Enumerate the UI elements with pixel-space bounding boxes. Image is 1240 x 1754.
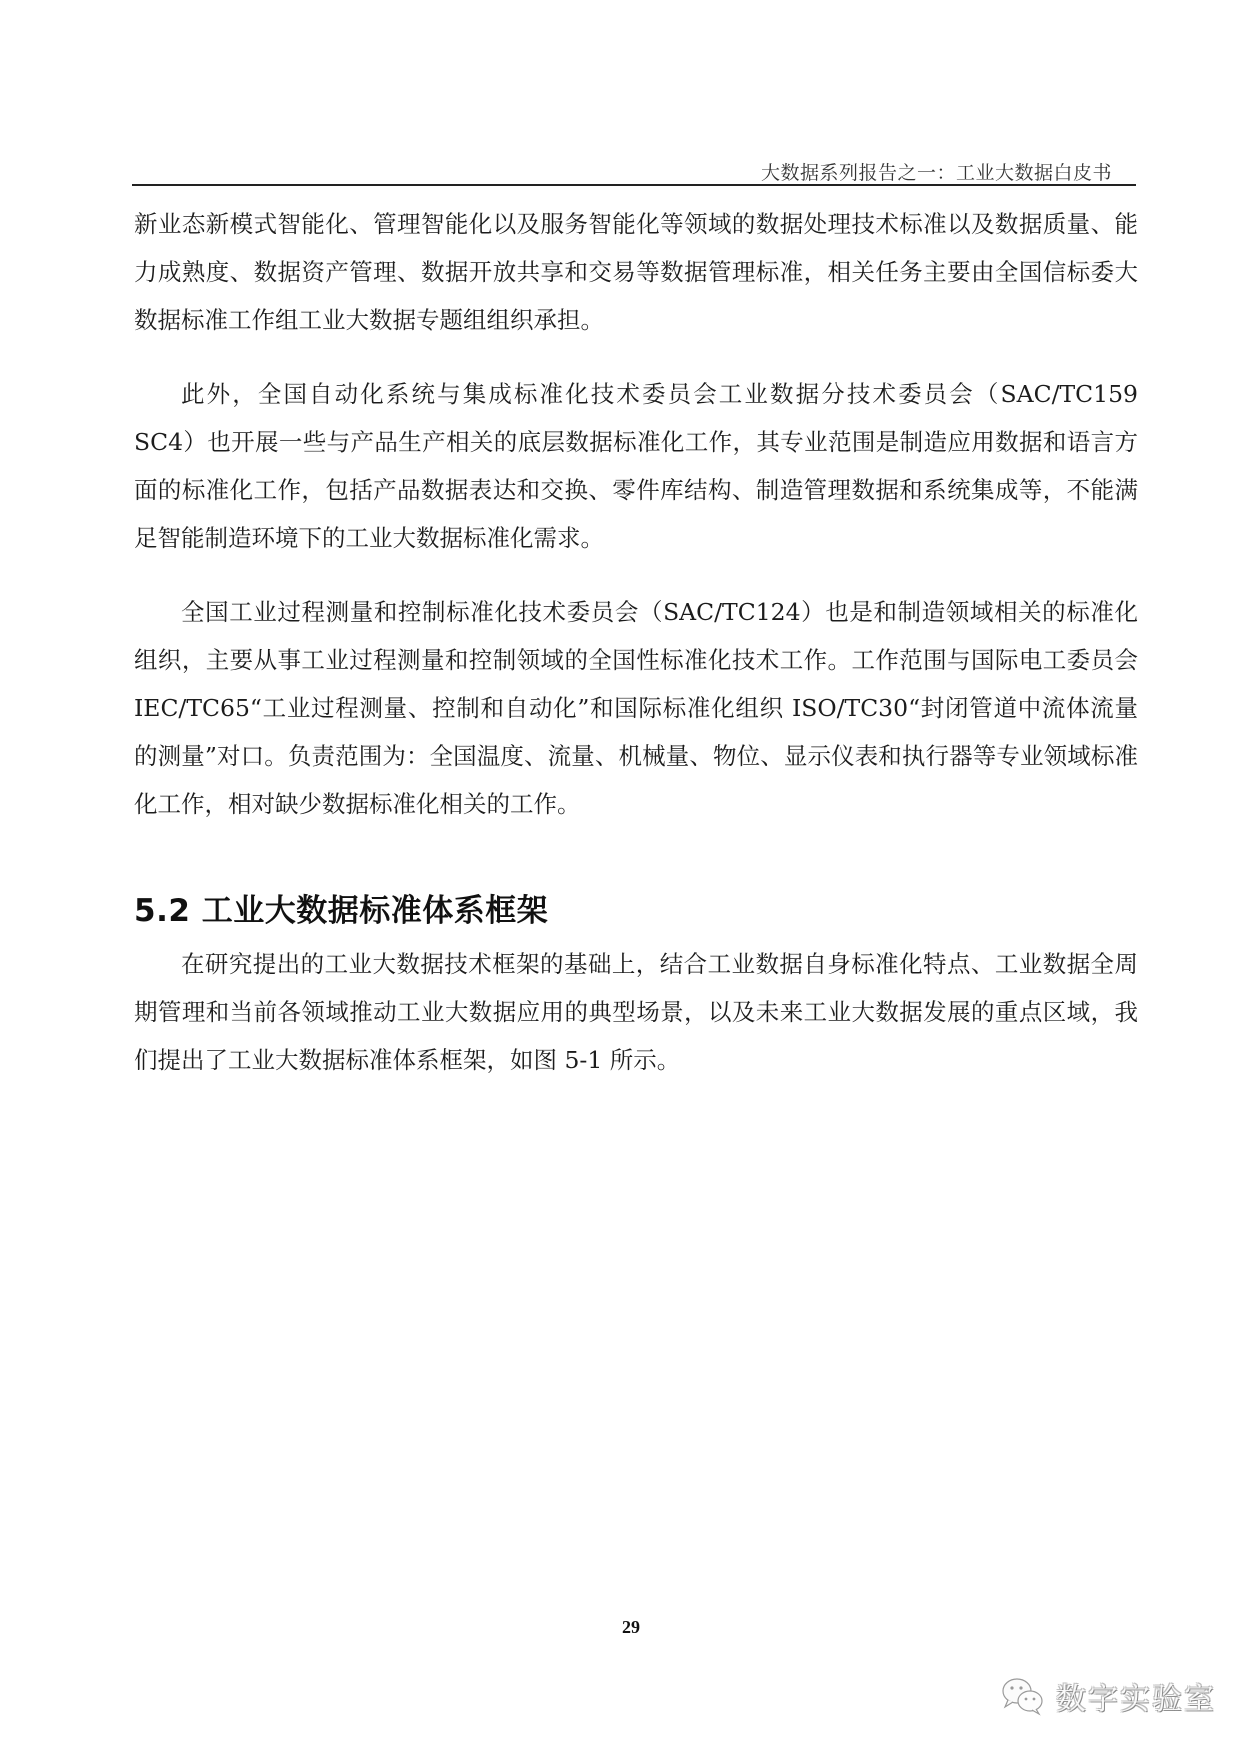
body-text-top: 新业态新模式智能化、管理智能化以及服务智能化等领域的数据处理技术标准以及数据质量… <box>134 200 1138 854</box>
paragraph-sac-tc124: 全国工业过程测量和控制标准化技术委员会（SAC/TC124）也是和制造领域相关的… <box>134 588 1138 828</box>
body-text-section: 在研究提出的工业大数据技术框架的基础上，结合工业数据自身标准化特点、工业数据全周… <box>134 940 1138 1110</box>
header-rule <box>132 184 1136 186</box>
watermark-text: 数字实验室 <box>1056 1674 1216 1718</box>
watermark: 数字实验室 <box>1000 1674 1216 1718</box>
document-page: 大数据系列报告之一：工业大数据白皮书 新业态新模式智能化、管理智能化以及服务智能… <box>0 0 1240 1754</box>
wechat-icon <box>1000 1676 1046 1716</box>
paragraph-continuation: 新业态新模式智能化、管理智能化以及服务智能化等领域的数据处理技术标准以及数据质量… <box>134 200 1138 344</box>
page-number: 29 <box>0 1617 1240 1638</box>
running-header: 大数据系列报告之一：工业大数据白皮书 <box>132 158 1136 185</box>
paragraph-section-intro: 在研究提出的工业大数据技术框架的基础上，结合工业数据自身标准化特点、工业数据全周… <box>134 940 1138 1084</box>
section-heading: 5.2 工业大数据标准体系框架 <box>134 885 548 930</box>
paragraph-sac-tc159: 此外，全国自动化系统与集成标准化技术委员会工业数据分技术委员会（SAC/TC15… <box>134 370 1138 562</box>
